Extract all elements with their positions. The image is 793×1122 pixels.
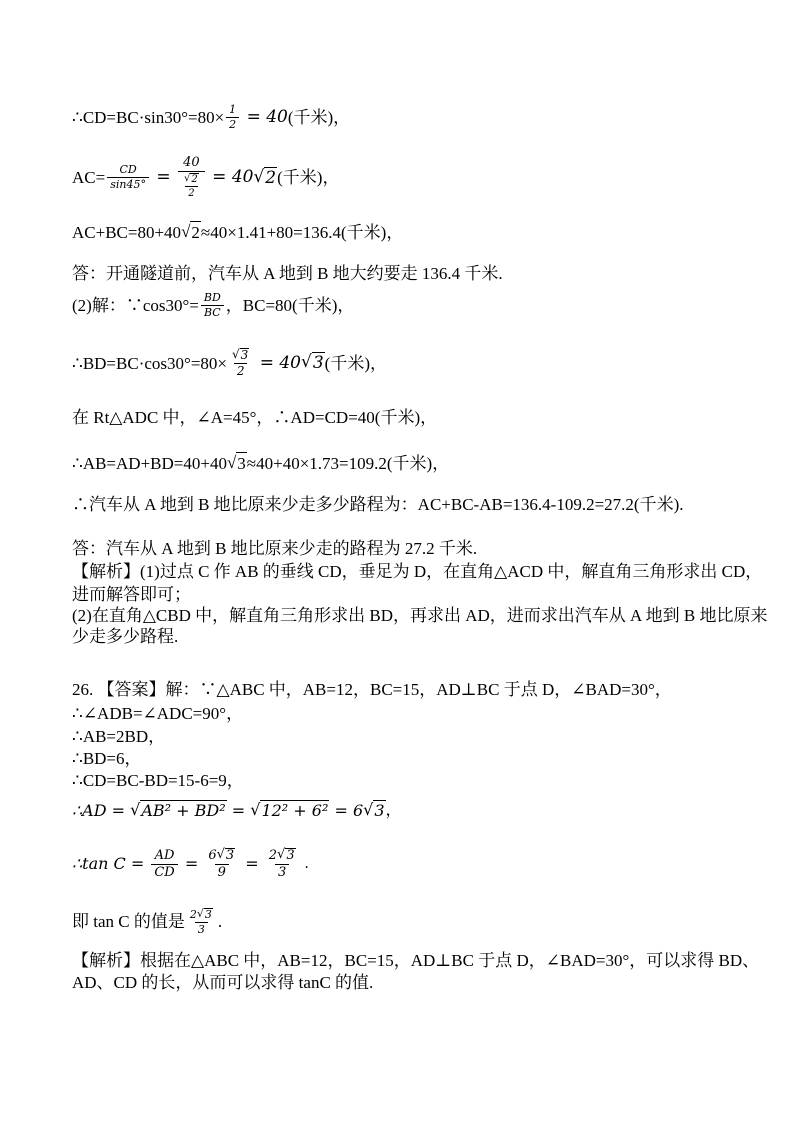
fraction: 1 2 (226, 104, 239, 131)
solution-text: ∴BD=6， (72, 748, 142, 769)
equals-sign: = (151, 167, 176, 188)
analysis-text: AD、CD 的长，从而可以求得 tanC 的值. (72, 972, 373, 993)
equals-sign: = (240, 854, 264, 874)
radicand: 3 (240, 348, 250, 362)
coefficient: 6 (208, 849, 216, 863)
formula-result: = 40 (207, 167, 254, 188)
analysis-text: 少走多少路程. (72, 626, 178, 647)
numerator: 2√3 (187, 908, 216, 922)
radical-sign: √ (197, 908, 204, 920)
fraction: BD BC (201, 292, 224, 319)
radicand: 3 (312, 352, 325, 374)
formula-text: 在 Rt△ADC 中，∠A=45°，∴AD=CD=40(千米)， (72, 407, 437, 428)
solution-text: 26. 【答案】解：∵△ABC 中，AB=12，BC=15，AD⊥BC 于点 D… (72, 679, 672, 700)
document-page: ∴CD=BC·sin30°=80× 1 2 = 40 (千米)， AC= CD … (0, 0, 793, 1122)
radical-sign: √ (217, 848, 225, 862)
numerator: AD (152, 849, 178, 864)
radical-sign: √ (232, 348, 240, 361)
punctuation: . (301, 854, 309, 874)
denominator: BC (201, 305, 224, 319)
problem26-angle-line: ∴∠ADB=∠ADC=90°， (72, 703, 243, 724)
formula-cd-line: ∴CD=BC·sin30°=80× 1 2 = 40 (千米)， (72, 104, 350, 131)
sqrt: √3 (301, 352, 325, 374)
radical-sign: √ (363, 800, 373, 820)
answer-sentence-part1: 答：开通隧道前，汽车从 A 地到 B 地大约要走 136.4 千米. (72, 263, 503, 284)
coefficient: 2 (269, 849, 277, 863)
equals-sign: = (180, 854, 204, 874)
sqrt: √2 (181, 221, 201, 243)
formula-result: = 40 (254, 353, 301, 374)
formula-text: ∴汽车从 A 地到 B 地比原来少走多少路程为：AC+BC-AB=136.4-1… (72, 494, 684, 515)
formula-text: ≈40+40×1.73=109.2(千米)， (247, 453, 449, 474)
formula-text: (2)解：∵cos30°= (72, 295, 199, 316)
analysis-text: (2)在直角△CBD 中，解直角三角形求出 BD，再求出 AD，进而求出汽车从 … (72, 605, 767, 626)
radical-sign: √ (181, 221, 190, 242)
analysis-text: 【解析】根据在△ABC 中，AB=12，BC=15，AD⊥BC 于点 D，∠BA… (72, 950, 759, 971)
fraction: 6√3 9 (205, 848, 238, 881)
unit-text: (千米)， (325, 353, 387, 374)
problem26-bd-line: ∴BD=6， (72, 748, 142, 769)
formula-ac-plus-bc-line: AC+BC=80+40 √2 ≈40×1.41+80=136.4(千米)， (72, 221, 403, 243)
fraction: AD CD (151, 849, 177, 881)
fraction: 2√3 3 (266, 848, 299, 881)
formula-text: ≈40×1.41+80=136.4(千米)， (201, 222, 403, 243)
coefficient: 2 (190, 909, 197, 921)
fraction: 40 √2 2 (178, 156, 205, 199)
distance-saved-line: ∴汽车从 A 地到 B 地比原来少走多少路程为：AC+BC-AB=136.4-1… (72, 494, 684, 515)
numerator: √2 (181, 173, 202, 186)
denominator: 2 (226, 117, 239, 131)
formula-text: ∴AD = (72, 801, 130, 821)
sqrt: √2 (253, 167, 277, 189)
numerator: 6√3 (205, 848, 238, 864)
denominator: CD (151, 864, 177, 880)
sqrt: √3 (197, 908, 213, 921)
sqrt: √12² + 6² (250, 800, 329, 821)
formula-text: ∴AB=AD+BD=40+40 (72, 453, 227, 474)
numerator: BD (201, 292, 224, 305)
punctuation: ， (386, 801, 402, 821)
fraction: CD sin45° (107, 164, 149, 191)
problem26-cd-line: ∴CD=BC-BD=15-6=9， (72, 770, 244, 791)
analysis-line3: (2)在直角△CBD 中，解直角三角形求出 BD，再求出 AD，进而求出汽车从 … (72, 605, 767, 626)
nested-fraction: √2 2 (181, 173, 202, 199)
problem26-answer-line1: 26. 【答案】解：∵△ABC 中，AB=12，BC=15，AD⊥BC 于点 D… (72, 679, 672, 700)
formula-text: ，BC=80(千米)， (226, 295, 355, 316)
formula-text: ∴CD=BC·sin30°=80× (72, 107, 224, 128)
solution-text: ∴CD=BC-BD=15-6=9， (72, 770, 244, 791)
denominator: 9 (215, 864, 229, 880)
formula-ab-line: ∴AB=AD+BD=40+40 √3 ≈40+40×1.73=109.2(千米)… (72, 452, 449, 474)
formula-text: ∴tan C = (72, 854, 149, 874)
analysis26-line1: 【解析】根据在△ABC 中，AB=12，BC=15，AD⊥BC 于点 D，∠BA… (72, 950, 759, 971)
numerator: √3 (229, 348, 252, 363)
numerator: 40 (180, 156, 203, 171)
tanc-value-line: 即 tan C 的值是 2√3 3 . (72, 908, 222, 936)
radical-sign: √ (250, 800, 260, 820)
formula-text: AC= (72, 167, 105, 188)
denominator: 2 (185, 186, 197, 199)
formula-result: = 6 (329, 801, 363, 821)
statement-text: 即 tan C 的值是 (72, 911, 185, 932)
analysis-line2: 进而解答即可； (72, 584, 191, 605)
radicand: 2 (264, 167, 277, 189)
radical-sign: √ (253, 167, 264, 188)
formula-bd-line: ∴BD=BC·cos30°=80× √3 2 = 40 √3 (千米)， (72, 348, 387, 378)
solution-text: ∴AB=2BD， (72, 726, 165, 747)
equals-sign: = (227, 801, 251, 821)
numerator: 2√3 (266, 848, 299, 864)
answer-text: 答：汽车从 A 地到 B 地比原来少走的路程为 27.2 千米. (72, 538, 477, 559)
analysis-line1: 【解析】(1)过点 C 作 AB 的垂线 CD，垂足为 D，在直角△ACD 中，… (72, 561, 762, 582)
analysis26-line2: AD、CD 的长，从而可以求得 tanC 的值. (72, 972, 373, 993)
rt-adc-line: 在 Rt△ADC 中，∠A=45°，∴AD=CD=40(千米)， (72, 407, 437, 428)
radicand: 2 (190, 173, 198, 185)
formula-text: ∴BD=BC·cos30°=80× (72, 353, 227, 374)
formula-ac-line: AC= CD sin45° = 40 √2 2 = 40 √2 (千米)， (72, 156, 339, 199)
radical-sign: √ (301, 352, 312, 373)
unit-text: (千米)， (277, 167, 339, 188)
radicand: 2 (190, 221, 201, 243)
sqrt: √3 (227, 452, 247, 474)
denominator: 3 (275, 864, 289, 880)
part2-cos-line: (2)解：∵cos30°= BD BC ，BC=80(千米)， (72, 292, 354, 319)
radicand: 3 (225, 848, 235, 863)
radicand: 3 (373, 800, 385, 821)
radicand: 3 (285, 848, 295, 863)
formula-tanc-line: ∴tan C = AD CD = 6√3 9 = 2√3 3 . (72, 848, 309, 881)
formula-text: AC+BC=80+40 (72, 222, 181, 243)
formula-result: = 40 (241, 107, 288, 128)
formula-ad-sqrt-line: ∴AD = √AB² + BD² = √12² + 6² = 6 √3 ， (72, 800, 402, 821)
analysis-text: 进而解答即可； (72, 584, 191, 605)
radicand: 3 (204, 908, 213, 921)
denominator: 2 (234, 363, 248, 378)
radicand: 12² + 6² (260, 800, 329, 821)
denominator: sin45° (107, 177, 149, 191)
analysis-line4: 少走多少路程. (72, 626, 178, 647)
sqrt: √AB² + BD² (130, 800, 227, 821)
radical-sign: √ (227, 452, 236, 473)
numerator: CD (116, 164, 139, 177)
radical-sign: √ (130, 800, 140, 820)
fraction: 2√3 3 (187, 908, 216, 936)
sqrt: √3 (217, 848, 236, 863)
problem26-ab-line: ∴AB=2BD， (72, 726, 165, 747)
punctuation: . (218, 911, 222, 932)
sqrt: √3 (232, 348, 249, 362)
unit-text: (千米)， (288, 107, 350, 128)
denominator: 3 (195, 922, 208, 936)
radicand: AB² + BD² (140, 800, 226, 821)
numerator: 1 (226, 104, 239, 117)
answer-text: 答：开通隧道前，汽车从 A 地到 B 地大约要走 136.4 千米. (72, 263, 503, 284)
denominator: √2 2 (178, 171, 205, 199)
radicand: 3 (236, 452, 247, 474)
solution-text: ∴∠ADB=∠ADC=90°， (72, 703, 243, 724)
sqrt: √3 (277, 848, 296, 863)
answer-sentence-part2: 答：汽车从 A 地到 B 地比原来少走的路程为 27.2 千米. (72, 538, 477, 559)
radical-sign: √ (277, 848, 285, 862)
sqrt: √3 (363, 800, 385, 821)
analysis-text: 【解析】(1)过点 C 作 AB 的垂线 CD，垂足为 D，在直角△ACD 中，… (72, 561, 762, 582)
fraction: √3 2 (229, 348, 252, 378)
sqrt: √2 (184, 173, 199, 185)
